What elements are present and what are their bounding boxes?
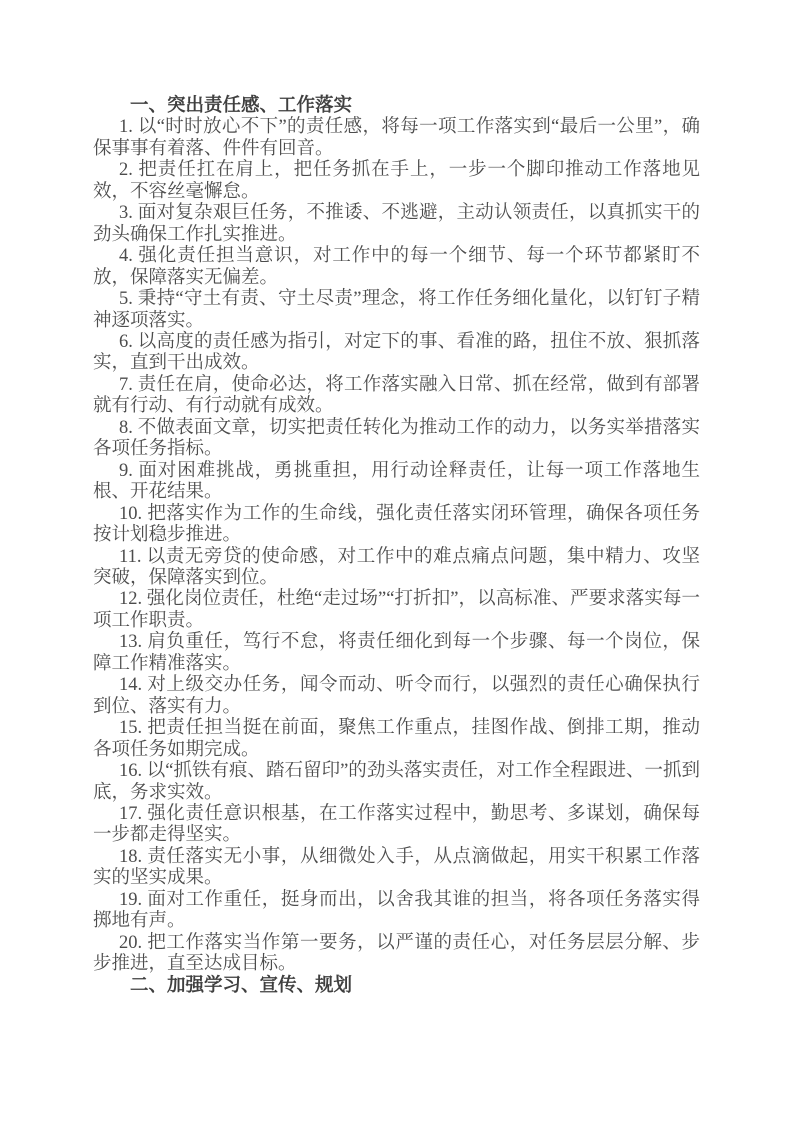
document-body: 一、突出责任感、工作落实 1. 以“时时放心不下”的责任感，将每一项工作落实到“… — [93, 96, 700, 997]
list-item: 14. 对上级交办任务，闻令而动、听令而行，以强烈的责任心确保执行到位、落实有力… — [93, 675, 700, 718]
list-item: 19. 面对工作重任，挺身而出，以舍我其谁的担当，将各项任务落实得掷地有声。 — [93, 890, 700, 933]
list-item: 10. 把落实作为工作的生命线，强化责任落实闭环管理，确保各项任务按计划稳步推进… — [93, 504, 700, 547]
list-item: 15. 把责任担当挺在前面，聚焦工作重点，挂图作战、倒排工期，推动各项任务如期完… — [93, 718, 700, 761]
list-item: 1. 以“时时放心不下”的责任感，将每一项工作落实到“最后一公里”，确保事事有着… — [93, 117, 700, 160]
list-item: 18. 责任落实无小事，从细微处入手，从点滴做起，用实干积累工作落实的坚实成果。 — [93, 847, 700, 890]
list-item: 4. 强化责任担当意识，对工作中的每一个细节、每一个环节都紧盯不放，保障落实无偏… — [93, 246, 700, 289]
list-item: 17. 强化责任意识根基，在工作落实过程中，勤思考、多谋划，确保每一步都走得坚实… — [93, 804, 700, 847]
list-item: 20. 把工作落实当作第一要务，以严谨的责任心，对任务层层分解、步步推进，直至达… — [93, 933, 700, 976]
list-item: 3. 面对复杂艰巨任务，不推诿、不逃避，主动认领责任，以真抓实干的劲头确保工作扎… — [93, 203, 700, 246]
list-item: 8. 不做表面文章，切实把责任转化为推动工作的动力，以务实举措落实各项任务指标。 — [93, 418, 700, 461]
list-item: 12. 强化岗位责任，杜绝“走过场”“打折扣”，以高标准、严要求落实每一项工作职… — [93, 589, 700, 632]
list-item: 5. 秉持“守土有责、守土尽责”理念，将工作任务细化量化，以钉钉子精神逐项落实。 — [93, 289, 700, 332]
list-item: 9. 面对困难挑战，勇挑重担，用行动诠释责任，让每一项工作落地生根、开花结果。 — [93, 461, 700, 504]
list-item: 13. 肩负重任，笃行不怠，将责任细化到每一个步骤、每一个岗位，保障工作精准落实… — [93, 632, 700, 675]
section-heading-1: 一、突出责任感、工作落实 — [93, 96, 700, 117]
section-heading-2: 二、加强学习、宣传、规划 — [93, 976, 700, 997]
list-item: 2. 把责任扛在肩上，把任务抓在手上，一步一个脚印推动工作落地见效，不容丝毫懈怠… — [93, 160, 700, 203]
list-item: 16. 以“抓铁有痕、踏石留印”的劲头落实责任，对工作全程跟进、一抓到底，务求实… — [93, 761, 700, 804]
list-item: 7. 责任在肩，使命必达，将工作落实融入日常、抓在经常，做到有部署就有行动、有行… — [93, 375, 700, 418]
document-page: 一、突出责任感、工作落实 1. 以“时时放心不下”的责任感，将每一项工作落实到“… — [0, 0, 793, 1122]
list-item: 11. 以责无旁贷的使命感，对工作中的难点痛点问题，集中精力、攻坚突破，保障落实… — [93, 547, 700, 590]
list-item: 6. 以高度的责任感为指引，对定下的事、看准的路，扭住不放、狠抓落实，直到干出成… — [93, 332, 700, 375]
